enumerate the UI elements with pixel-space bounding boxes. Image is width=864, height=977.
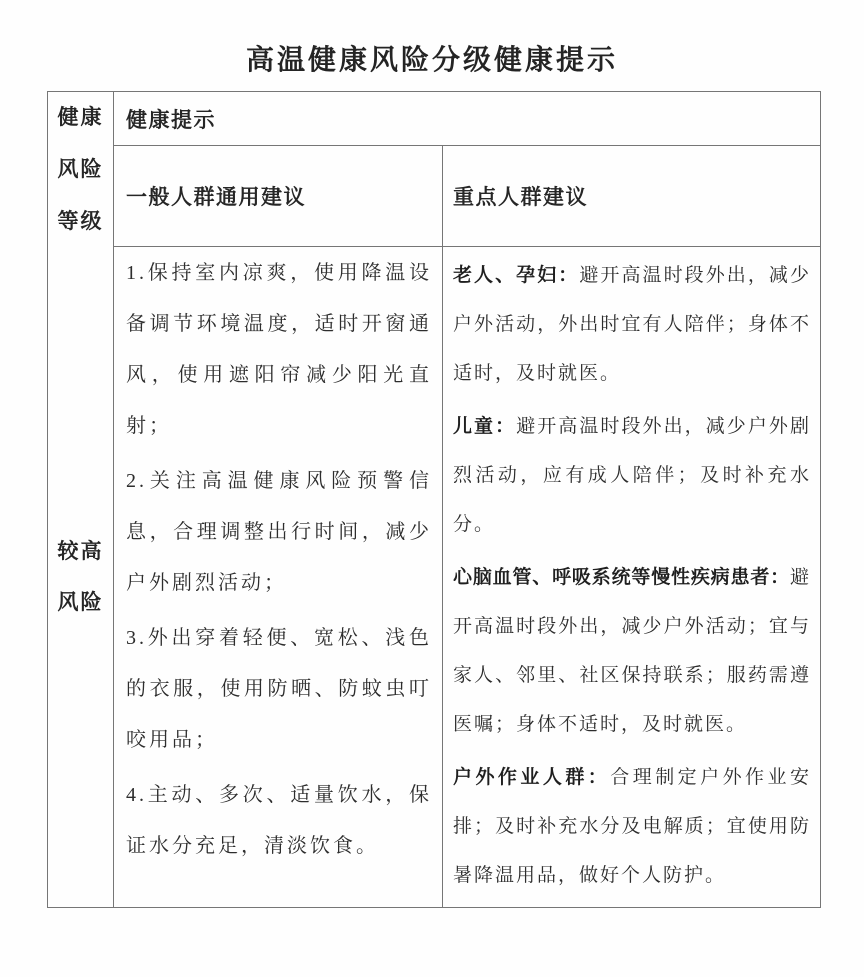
group-label: 儿童： bbox=[453, 416, 516, 437]
key-group-tip-item: 心脑血管、呼吸系统等慢性疾病患者：避开高温时段外出，减少户外活动；宜与家人、邻里… bbox=[453, 553, 811, 749]
key-groups-header-label: 重点人群建议 bbox=[453, 181, 588, 211]
risk-level-header-line: 风险 bbox=[58, 144, 104, 196]
tips-header-label: 健康提示 bbox=[126, 104, 216, 134]
risk-level-value-line: 较高 bbox=[58, 526, 104, 577]
page-title: 高温健康风险分级健康提示 bbox=[0, 38, 864, 78]
group-label: 老人、孕妇： bbox=[453, 265, 579, 286]
general-tip-item: 2.关注高温健康风险预警信息，合理调整出行时间，减少户外剧烈活动； bbox=[126, 456, 432, 609]
general-tip-item: 4.主动、多次、适量饮水，保证水分充足，清淡饮食。 bbox=[126, 770, 432, 872]
general-tip-item: 3.外出穿着轻便、宽松、浅色的衣服，使用防晒、防蚊虫叮咬用品； bbox=[126, 613, 432, 766]
health-tips-table: 健康 风险 等级 健康提示 一般人群通用建议 重点人群建议 较高 风险 1.保持… bbox=[47, 91, 821, 908]
risk-level-header-line: 等级 bbox=[58, 196, 104, 248]
general-advice-header-cell: 一般人群通用建议 bbox=[114, 146, 443, 247]
key-group-tip-item: 户外作业人群：合理制定户外作业安排；及时补充水分及电解质；宜使用防暑降温用品，做… bbox=[453, 753, 811, 900]
risk-level-value-line: 风险 bbox=[58, 577, 104, 628]
key-group-tip-item: 老人、孕妇：避开高温时段外出，减少户外活动，外出时宜有人陪伴；身体不适时，及时就… bbox=[453, 251, 811, 398]
document-page: 高温健康风险分级健康提示 健康 风险 等级 健康提示 一般人群通用建议 重点人群… bbox=[0, 0, 864, 977]
key-group-tips-cell: 老人、孕妇：避开高温时段外出，减少户外活动，外出时宜有人陪伴；身体不适时，及时就… bbox=[443, 247, 820, 907]
group-label: 心脑血管、呼吸系统等慢性疾病患者： bbox=[453, 567, 790, 588]
key-group-tip-item: 儿童：避开高温时段外出，减少户外剧烈活动，应有成人陪伴；及时补充水分。 bbox=[453, 402, 811, 549]
risk-level-header-line: 健康 bbox=[58, 92, 104, 144]
group-label: 户外作业人群： bbox=[453, 767, 610, 788]
key-groups-header-cell: 重点人群建议 bbox=[443, 146, 820, 247]
general-tips-cell: 1.保持室内凉爽，使用降温设备调节环境温度，适时开窗通风，使用遮阳帘减少阳光直射… bbox=[114, 247, 443, 907]
advice-text: 避开高温时段外出，减少户外活动；宜与家人、邻里、社区保持联系；服药需遵医嘱；身体… bbox=[453, 567, 811, 735]
general-tip-item: 1.保持室内凉爽，使用降温设备调节环境温度，适时开窗通风，使用遮阳帘减少阳光直射… bbox=[126, 248, 432, 452]
tips-header-cell: 健康提示 bbox=[114, 92, 820, 146]
risk-level-value-cell: 较高 风险 bbox=[48, 247, 114, 907]
general-advice-header-label: 一般人群通用建议 bbox=[126, 181, 306, 211]
risk-level-header-cell: 健康 风险 等级 bbox=[48, 92, 114, 247]
